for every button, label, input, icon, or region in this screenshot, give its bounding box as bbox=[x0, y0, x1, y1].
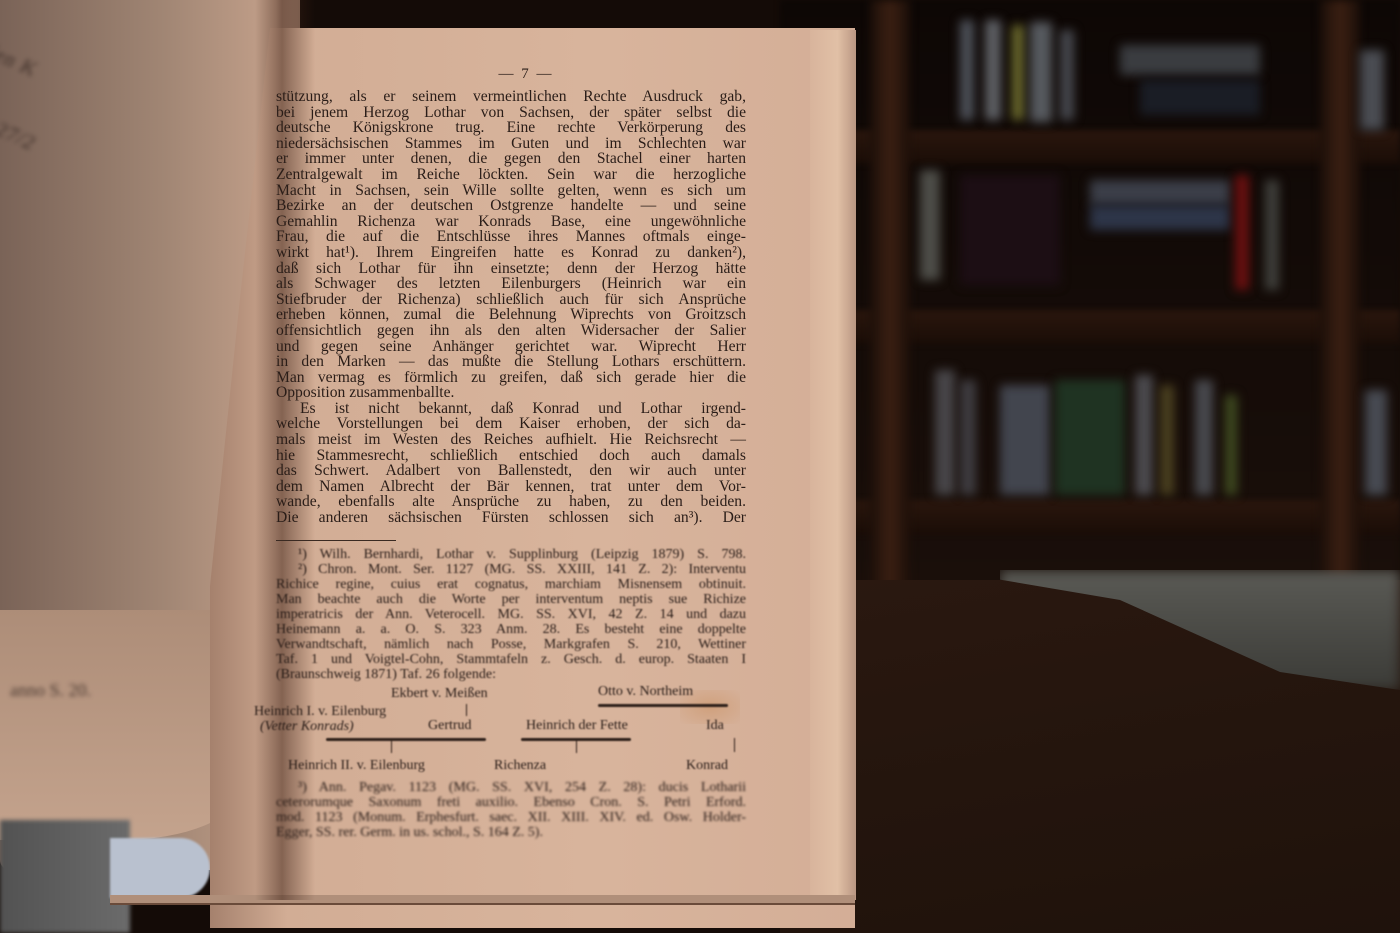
footnote-line: (Braunschweig 1871) Taf. 26 folgende: bbox=[276, 667, 746, 682]
book-spine bbox=[1055, 380, 1125, 495]
book-stack bbox=[1140, 80, 1260, 115]
genealogy-vetter: (Vetter Konrads) bbox=[260, 719, 354, 735]
footnote-line: Verwandtschaft, nämlich nach Posse, Mark… bbox=[276, 637, 746, 652]
body-line: Bezirke an der deutschen Ostgrenze hande… bbox=[276, 198, 746, 214]
body-line: er immer unter denen, die gegen den Stac… bbox=[276, 151, 746, 167]
footnote-rule bbox=[276, 540, 396, 541]
left-fragment: Kirchberg bestochen, weil der Herr bbox=[0, 369, 45, 561]
book-spine bbox=[1360, 50, 1384, 130]
genealogy-richenza: Richenza bbox=[494, 758, 546, 774]
footnote-line: Egger, SS. rer. Germ. in us. schol., S. … bbox=[276, 825, 746, 840]
page-edge-highlight bbox=[110, 838, 210, 898]
left-bottom-fragment: anno S. 20. bbox=[10, 680, 91, 701]
genealogy-line bbox=[576, 741, 577, 753]
genealogy-heinrich-i: Heinrich I. v. Eilenburg bbox=[254, 704, 386, 720]
body-line: Die anderen sächsischen Fürsten schlosse… bbox=[276, 510, 746, 526]
book-spine bbox=[960, 175, 1060, 285]
footnotes-bottom: ³) Ann. Pegav. 1123 (MG. SS. XVI, 254 Z.… bbox=[276, 780, 746, 840]
genealogy-ekbert: Ekbert v. Meißen bbox=[391, 686, 488, 702]
book-spine bbox=[1235, 175, 1249, 290]
body-line: Macht in Sachsen, sein Wille sollte gelt… bbox=[276, 183, 746, 199]
book-spine bbox=[1012, 25, 1024, 120]
footnote-line: ³) Ann. Pegav. 1123 (MG. SS. XVI, 254 Z.… bbox=[276, 780, 746, 795]
book-spine bbox=[960, 20, 974, 120]
body-line: das Schwert. Adalbert von Ballenstedt, d… bbox=[276, 463, 746, 479]
left-page-curl: anno S. 20. bbox=[0, 610, 240, 840]
footnote-line: Man beachte auch die Worte per intervent… bbox=[276, 592, 746, 607]
book-spine bbox=[960, 380, 976, 495]
book-spine bbox=[935, 370, 955, 495]
body-line: niedersächsischen Stammes im Guten und i… bbox=[276, 136, 746, 152]
body-line: welche Vorstellungen bei dem Kaiser erho… bbox=[276, 416, 746, 432]
book-spine bbox=[1135, 375, 1153, 495]
book-spine bbox=[985, 20, 1001, 120]
book-stack bbox=[1090, 205, 1230, 230]
right-page-text: — 7 — stützung, als er seinem vermeintli… bbox=[276, 66, 746, 840]
genealogy-otto: Otto v. Northeim bbox=[598, 684, 693, 700]
genealogy-ida: Ida bbox=[706, 718, 724, 734]
shelf-post bbox=[870, 0, 910, 590]
page-number: — 7 — bbox=[306, 66, 746, 83]
body-line: Man vermag es förmlich zu greifen, daß s… bbox=[276, 370, 746, 386]
page-bottom-edge bbox=[110, 895, 855, 905]
genealogy-line bbox=[391, 741, 392, 753]
book-stack bbox=[1090, 180, 1230, 205]
genealogy-brace bbox=[326, 738, 486, 741]
body-line: hie Stammesrecht, schließlich entschied … bbox=[276, 448, 746, 464]
footnote-line: imperatricis der Ann. Veterocell. MG. SS… bbox=[276, 607, 746, 622]
body-line: daß sich Lothar für ihn einsetzte; denn … bbox=[276, 261, 746, 277]
footnote-line: ²) Chron. Mont. Ser. 1127 (MG. SS. XXIII… bbox=[276, 562, 746, 577]
footnote-line: Heinemann a. a. O. S. 323 Anm. 28. Es be… bbox=[276, 622, 746, 637]
body-text: stützung, als er seinem vermeintlichen R… bbox=[276, 89, 746, 526]
genealogy-heinrich-fette: Heinrich der Fette bbox=[526, 718, 628, 734]
body-line: Zentralgewalt im Reiche löckten. Sein wa… bbox=[276, 167, 746, 183]
body-line: offensichtlich gegen ihn als den alten W… bbox=[276, 323, 746, 339]
shelf-post bbox=[1320, 0, 1360, 590]
body-line: dem Namen Albrecht der Bär kennen, trat … bbox=[276, 479, 746, 495]
genealogy-line bbox=[734, 738, 735, 752]
genealogy-table: Ekbert v. Meißen Otto v. Northeim Heinri… bbox=[276, 686, 746, 776]
body-line: Frau, die auf die Entschlüsse ihres Mann… bbox=[276, 229, 746, 245]
book-spine bbox=[1060, 30, 1074, 120]
body-line: wirkt hat¹). Ihrem Eingreifen hatte es K… bbox=[276, 245, 746, 261]
body-line: erheben können, zumal die Belehnung Wipr… bbox=[276, 307, 746, 323]
genealogy-gertrud: Gertrud bbox=[428, 718, 472, 734]
book-spine bbox=[1265, 180, 1279, 290]
body-line: Opposition zusammenballte. bbox=[276, 385, 746, 401]
footnote-line: mod. 1123 (Monum. Erphesfurt. saec. XII.… bbox=[276, 810, 746, 825]
book-stack bbox=[1120, 45, 1260, 75]
body-line: Es ist nicht bekannt, daß Konrad und Lot… bbox=[276, 401, 746, 417]
book-spine bbox=[920, 170, 940, 280]
body-line: und gegen seine Anhänger gerichtet war. … bbox=[276, 339, 746, 355]
genealogy-brace bbox=[598, 704, 728, 707]
footnote-line: ceterorumque Saxonum freti auxilio. Eben… bbox=[276, 795, 746, 810]
book-spine bbox=[1365, 390, 1387, 495]
footnote-line: ¹) Wilh. Bernhardi, Lothar v. Supplinbur… bbox=[276, 547, 746, 562]
genealogy-konrad: Konrad bbox=[686, 758, 728, 774]
body-line: als Schwager des letzten Eilenburgers (H… bbox=[276, 276, 746, 292]
body-line: wande, ebenfalls alte Ansprüche zu haben… bbox=[276, 494, 746, 510]
footnotes: ¹) Wilh. Bernhardi, Lothar v. Supplinbur… bbox=[276, 547, 746, 776]
body-line: deutsche Königskrone trug. Eine rechte V… bbox=[276, 120, 746, 136]
body-line: stützung, als er seinem vermeintlichen R… bbox=[276, 89, 746, 105]
book-spine bbox=[1000, 385, 1050, 495]
book-spine bbox=[1225, 395, 1237, 495]
genealogy-heinrich-ii: Heinrich II. v. Eilenburg bbox=[288, 758, 425, 774]
footnote-line: Taf. 1 und Voigtel-Cohn, Stammtafeln z. … bbox=[276, 652, 746, 667]
body-line: Stiefbruder der Richenza) schließlich au… bbox=[276, 292, 746, 308]
book-spine bbox=[1030, 22, 1052, 122]
book-spine bbox=[1195, 380, 1213, 495]
body-line: bei jenem Herzog Lothar von Sachsen, der… bbox=[276, 105, 746, 121]
book-spine bbox=[1160, 385, 1174, 495]
body-line: Gemahlin Richenza war Konrads Base, eine… bbox=[276, 214, 746, 230]
body-line: mals meist im Westen des Reiches aufhiel… bbox=[276, 432, 746, 448]
body-line: in den Marken — das mußte die Stellung L… bbox=[276, 354, 746, 370]
right-page-edge bbox=[810, 30, 856, 900]
footnote-line: Richice regine, cuius erat cognatus, mar… bbox=[276, 577, 746, 592]
genealogy-line bbox=[466, 704, 467, 716]
